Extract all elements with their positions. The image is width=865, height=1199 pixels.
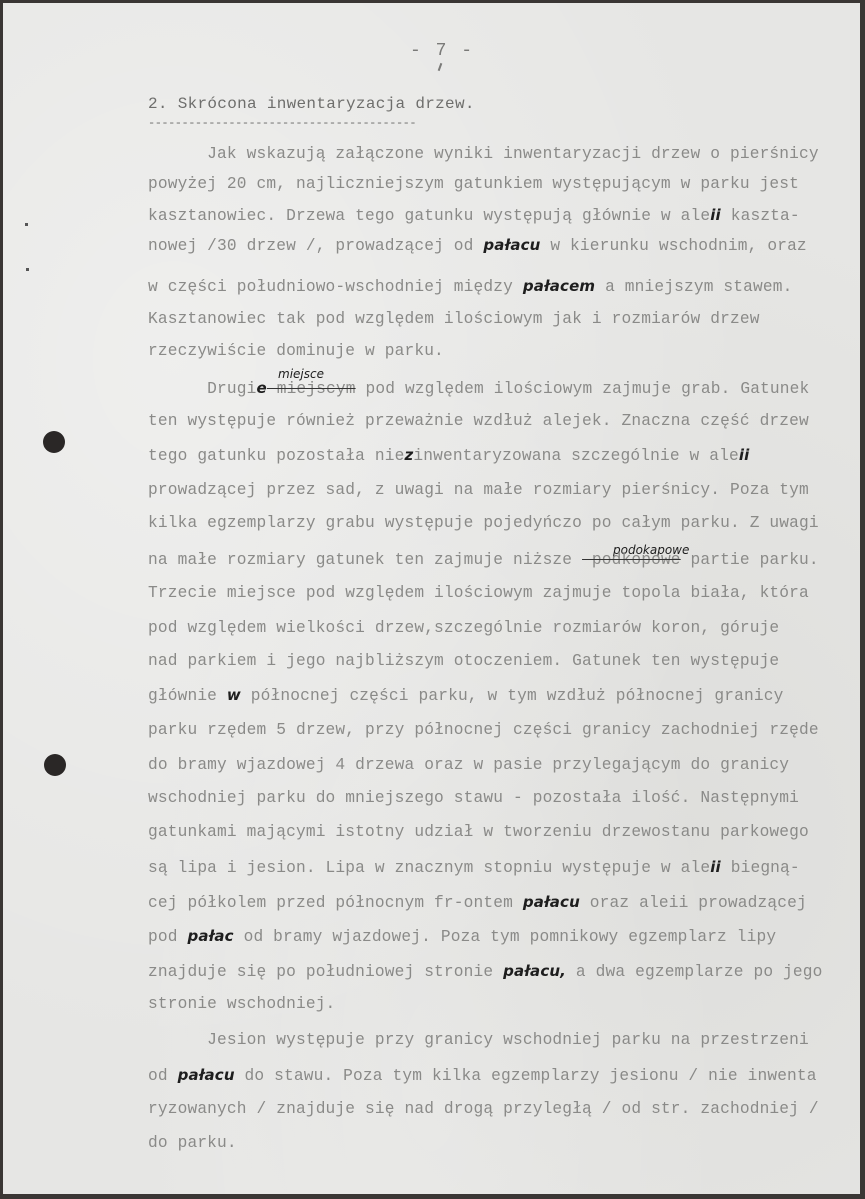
handwritten-insert: ii	[739, 446, 750, 464]
typed-text: a dwa egzemplarze po jego	[566, 963, 822, 981]
typed-text: inwentaryzowana szczególnie w ale	[413, 447, 739, 465]
handwritten-insert: pałacu	[483, 236, 540, 254]
typed-text: pod względem ilościowym zajmuje grab. Ga…	[356, 380, 810, 398]
typed-text: głównie	[148, 687, 227, 705]
typed-text: biegną-	[721, 859, 800, 877]
typed-text: rzeczywiście dominuje w parku.	[148, 342, 444, 360]
text-line: wschodniej parku do mniejszego stawu - p…	[148, 789, 799, 807]
text-line: ryzowanych / znajduje się nad drogą przy…	[148, 1100, 819, 1118]
text-line: od pałacu do stawu. Poza tym kilka egzem…	[148, 1066, 817, 1085]
text-line: rzeczywiście dominuje w parku.	[148, 342, 444, 360]
punch-hole-bottom	[44, 754, 66, 776]
typed-text: nad parkiem i jego najbliższym otoczenie…	[148, 652, 779, 670]
typed-text: parku rzędem 5 drzew, przy północnej czę…	[148, 721, 819, 739]
typed-text: od bramy wjazdowej. Poza tym pomnikowy e…	[234, 928, 777, 946]
typed-text: Jak wskazują załączone wyniki inwentaryz…	[148, 145, 819, 163]
text-line: w części południowo-wschodniej między pa…	[148, 277, 793, 296]
handwritten-insert: e	[257, 379, 267, 397]
handwritten-insert: pałacu	[178, 1066, 235, 1084]
text-line: cej półkolem przed północnym fr-ontem pa…	[148, 893, 807, 912]
typed-text: nowej /30 drzew /, prowadzącej od	[148, 237, 483, 255]
handwritten-insert: w	[227, 686, 241, 704]
typed-text: partie parku.	[681, 551, 819, 569]
typed-text: są lipa i jesion. Lipa w znacznym stopni…	[148, 859, 710, 877]
text-line: Kasztanowiec tak pod względem ilościowym…	[148, 310, 760, 328]
text-line: Jesion występuje przy granicy wschodniej…	[148, 1031, 809, 1049]
text-line: na małe rozmiary gatunek ten zajmuje niż…	[148, 551, 819, 569]
struck-text: podkopowe	[582, 551, 681, 569]
document-page: - 7 - 2. Skrócona inwentaryzacja drzew. …	[3, 3, 860, 1194]
typed-text: wschodniej parku do mniejszego stawu - p…	[148, 789, 799, 807]
text-line: Jak wskazują załączone wyniki inwentaryz…	[148, 145, 819, 163]
page-number-mark	[438, 63, 443, 71]
heading-underline: ----------------------------------------	[148, 116, 488, 130]
text-line: Drugie miejscym pod względem ilościowym …	[148, 379, 809, 398]
typed-text: Drugi	[148, 380, 257, 398]
text-line: stronie wschodniej.	[148, 995, 335, 1013]
text-line: kilka egzemplarzy grabu występuje pojedy…	[148, 514, 819, 532]
page-number: - 7 -	[410, 41, 474, 61]
text-line: powyżej 20 cm, najliczniejszym gatunkiem…	[148, 175, 799, 193]
typed-text: w kierunku wschodnim, oraz	[540, 237, 806, 255]
handwritten-insert: pałacem	[523, 277, 595, 295]
typed-text: kilka egzemplarzy grabu występuje pojedy…	[148, 514, 819, 532]
typed-text: Jesion występuje przy granicy wschodniej…	[148, 1031, 809, 1049]
handwritten-insert: pałac	[187, 927, 233, 945]
text-line: kasztanowiec. Drzewa tego gatunku występ…	[148, 206, 800, 225]
text-line: do bramy wjazdowej 4 drzewa oraz w pasie…	[148, 756, 789, 774]
handwritten-insert: pałacu,	[503, 962, 566, 980]
typed-text: ten występuje również przeważnie wzdłuż …	[148, 412, 809, 430]
text-line: prowadzącej przez sad, z uwagi na małe r…	[148, 481, 809, 499]
typed-text: a mniejszym stawem.	[595, 278, 792, 296]
typed-text: oraz aleii prowadzącej	[580, 894, 807, 912]
text-line: głównie w północnej części parku, w tym …	[148, 686, 783, 705]
typed-text: znajduje się po południowej stronie	[148, 963, 503, 981]
text-line: gatunkami mającymi istotny udział w twor…	[148, 823, 809, 841]
typed-text: do parku.	[148, 1134, 237, 1152]
typed-text: na małe rozmiary gatunek ten zajmuje niż…	[148, 551, 582, 569]
speck-mark	[25, 223, 28, 226]
section-heading: 2. Skrócona inwentaryzacja drzew.	[148, 95, 475, 113]
text-line: pod względem wielkości drzew,szczególnie…	[148, 619, 779, 637]
typed-text: kasztanowiec. Drzewa tego gatunku występ…	[148, 207, 710, 225]
text-line: Trzecie miejsce pod względem ilościowym …	[148, 584, 809, 602]
text-line: są lipa i jesion. Lipa w znacznym stopni…	[148, 858, 800, 877]
typed-text: pod	[148, 928, 187, 946]
punch-hole-top	[43, 431, 65, 453]
text-line: do parku.	[148, 1134, 237, 1152]
text-line: nad parkiem i jego najbliższym otoczenie…	[148, 652, 779, 670]
typed-text: do stawu. Poza tym kilka egzemplarzy jes…	[235, 1067, 817, 1085]
typed-text: północnej części parku, w tym wzdłuż pół…	[241, 687, 784, 705]
struck-text: miejscym	[267, 380, 356, 398]
typed-text: tego gatunku pozostała nie	[148, 447, 404, 465]
typed-text: powyżej 20 cm, najliczniejszym gatunkiem…	[148, 175, 799, 193]
text-line: pod pałac od bramy wjazdowej. Poza tym p…	[148, 927, 776, 946]
typed-text: gatunkami mającymi istotny udział w twor…	[148, 823, 809, 841]
text-line: ten występuje również przeważnie wzdłuż …	[148, 412, 809, 430]
handwritten-insert: pałacu	[523, 893, 580, 911]
typed-text: Trzecie miejsce pod względem ilościowym …	[148, 584, 809, 602]
typed-text: od	[148, 1067, 178, 1085]
typed-text: ryzowanych / znajduje się nad drogą przy…	[148, 1100, 819, 1118]
handwritten-insert: ii	[710, 206, 721, 224]
typed-text: cej półkolem przed północnym fr-ontem	[148, 894, 523, 912]
text-line: tego gatunku pozostała niezinwentaryzowa…	[148, 446, 749, 465]
text-line: nowej /30 drzew /, prowadzącej od pałacu…	[148, 236, 807, 255]
typed-text: pod względem wielkości drzew,szczególnie…	[148, 619, 779, 637]
typed-text: w części południowo-wschodniej między	[148, 278, 523, 296]
typed-text: do bramy wjazdowej 4 drzewa oraz w pasie…	[148, 756, 789, 774]
typed-text: stronie wschodniej.	[148, 995, 335, 1013]
typed-text: kaszta-	[721, 207, 800, 225]
typed-text: prowadzącej przez sad, z uwagi na małe r…	[148, 481, 809, 499]
typed-text: Kasztanowiec tak pod względem ilościowym…	[148, 310, 760, 328]
speck-mark	[26, 268, 29, 271]
text-line: znajduje się po południowej stronie pała…	[148, 962, 823, 981]
text-line: parku rzędem 5 drzew, przy północnej czę…	[148, 721, 819, 739]
handwritten-insert: ii	[710, 858, 721, 876]
